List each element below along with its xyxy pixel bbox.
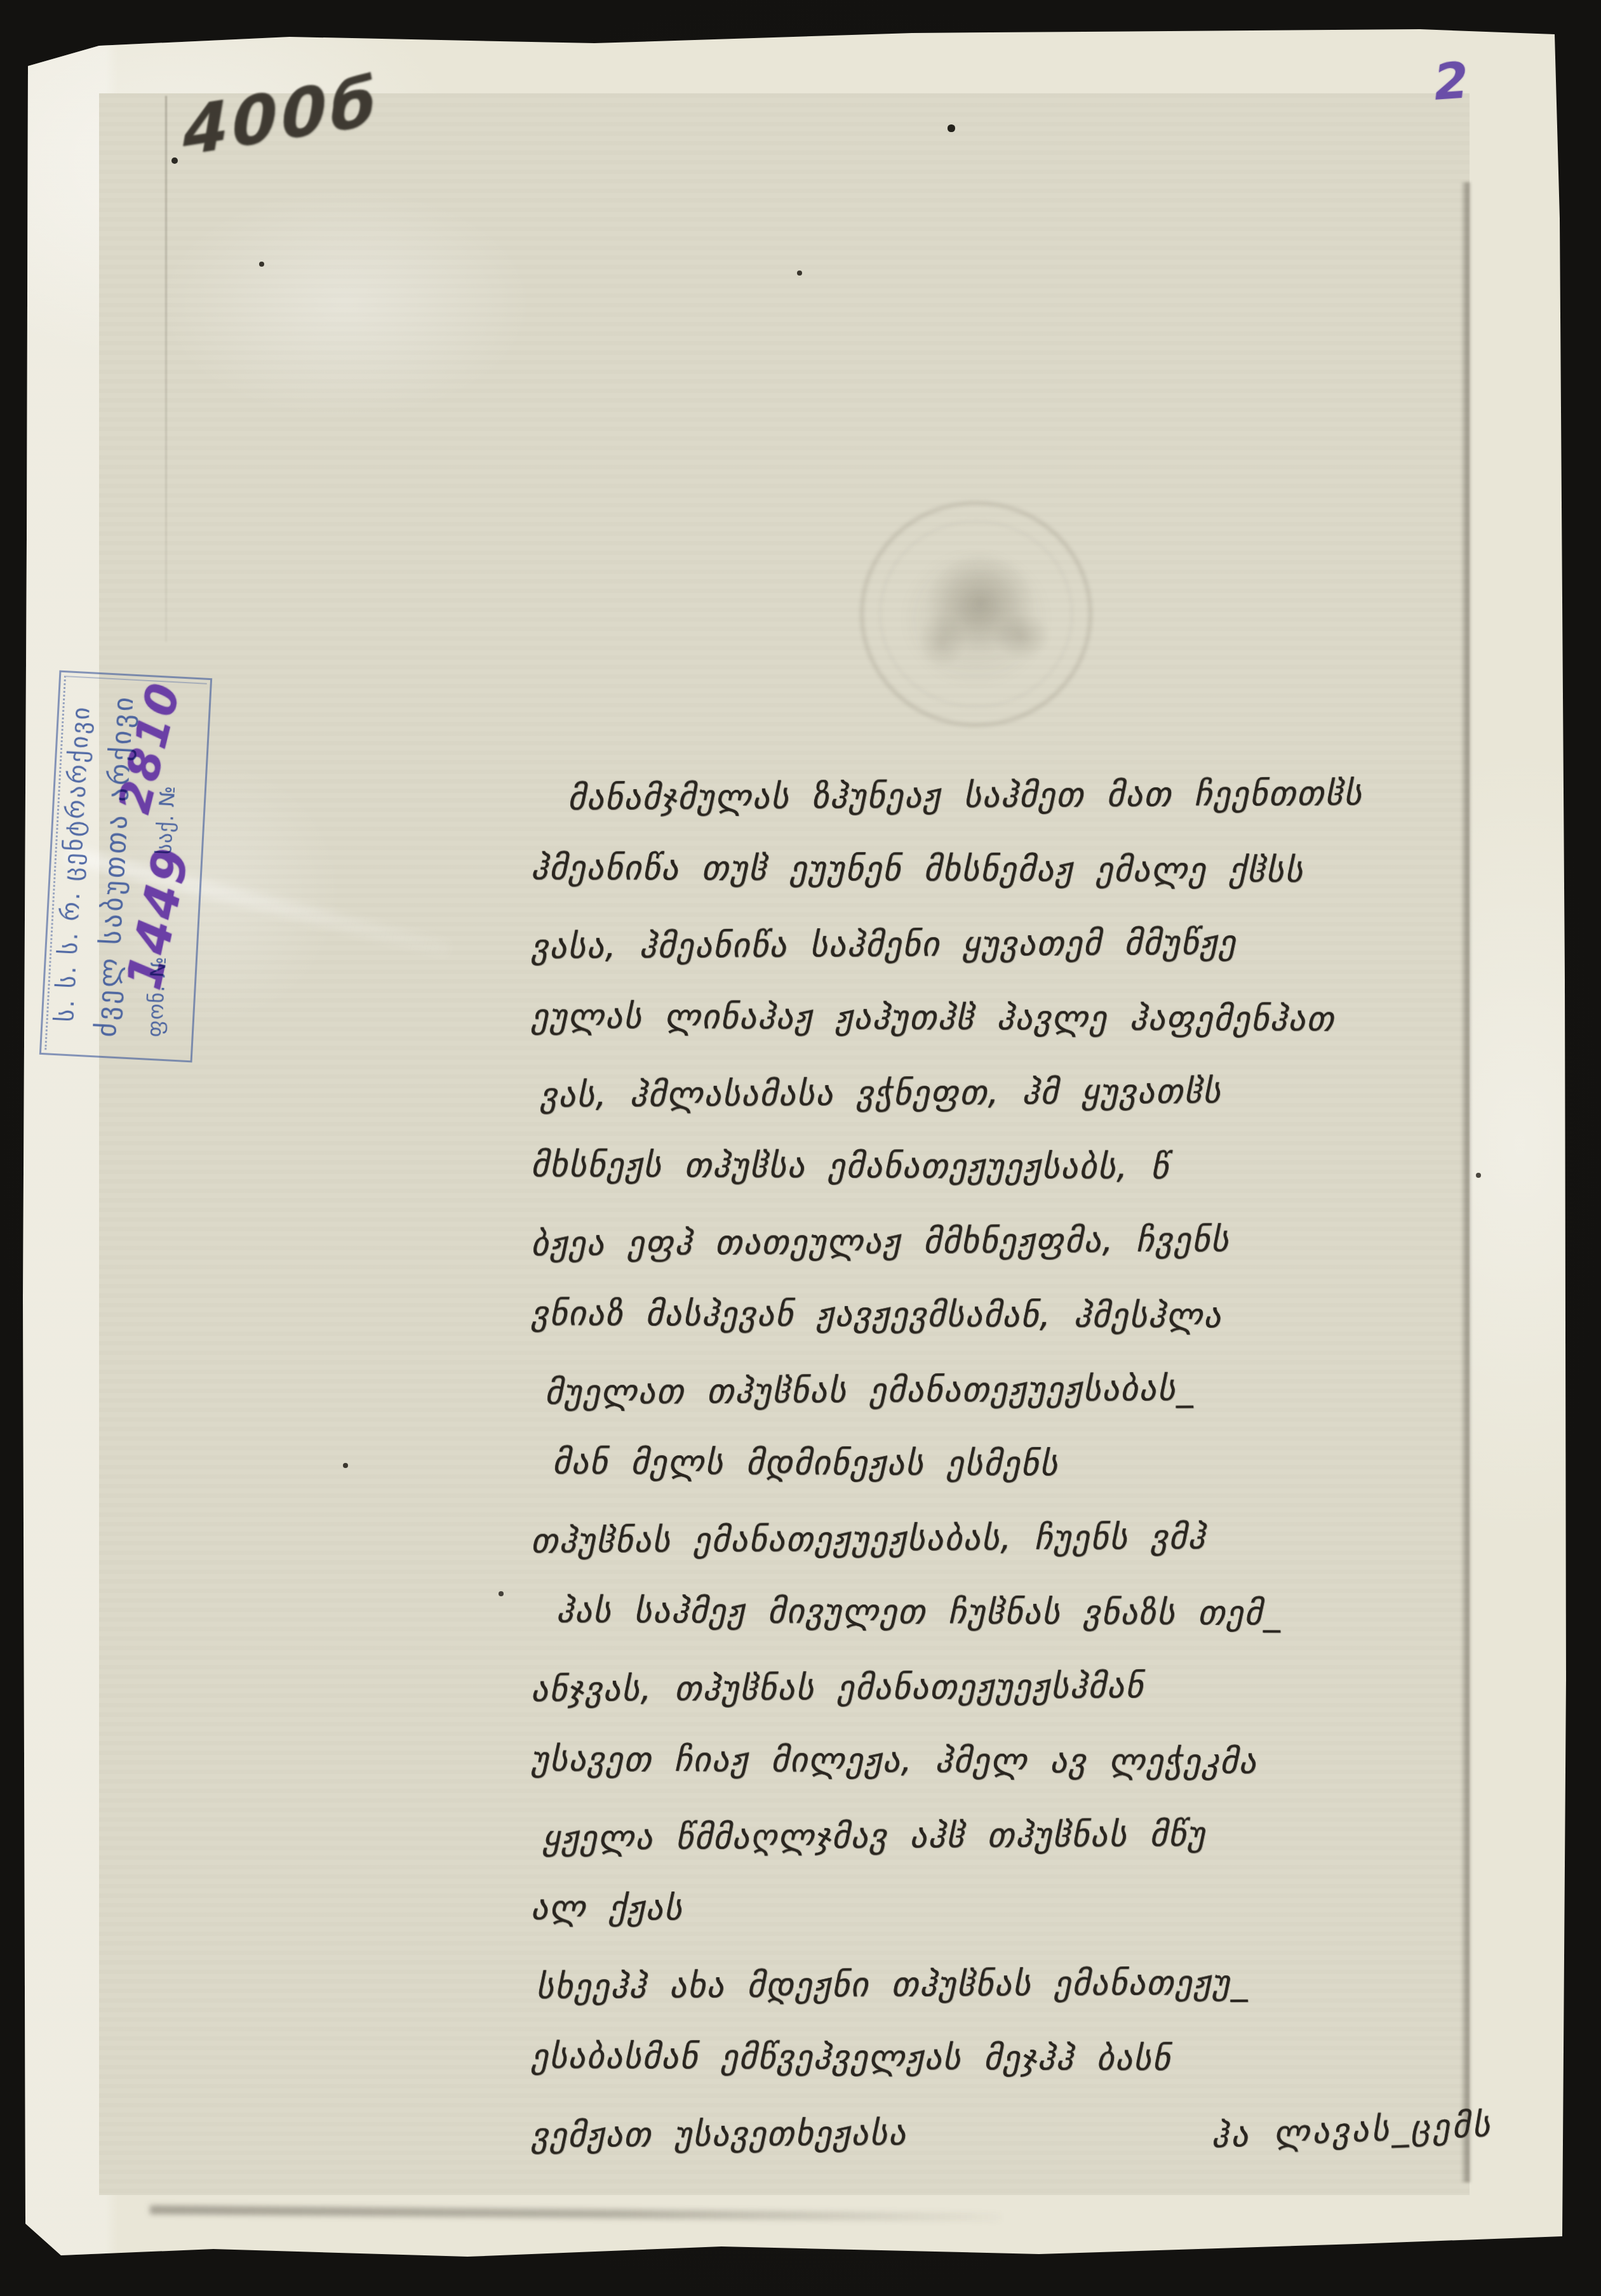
manuscript-line: მუელათ თჰუჱნას ემანათეჟუეჟსაბას_ bbox=[545, 1349, 1529, 1429]
manuscript-line: მხსნეჟს თჰუჱსა ემანათეჟუეჟსაბს, წ bbox=[531, 1128, 1528, 1205]
manuscript-line: ვემჟათ უსავეთხეჟასა ჰა ლავას_ცემს bbox=[531, 2092, 1529, 2173]
manuscript-text: მანამჯმულას ზჰუნეაჟ საჰმეთ მათ ჩეენთთჱს … bbox=[23, 758, 1528, 2170]
page-number: 2 bbox=[1432, 52, 1470, 112]
manuscript-line: ეულას ლინაჰაჟ ჟაჰუთჰჱ ჰავლე ჰაფემენჰათ bbox=[531, 979, 1528, 1057]
manuscript-line: ესაბასმან ემწვეჰველჟას მეჯჰჰ ბასნ bbox=[531, 2019, 1528, 2097]
paper-specks bbox=[23, 28, 25, 30]
manuscript-signature: ჰა ლავას_ცემს bbox=[1210, 2088, 1494, 2173]
photograph-background: 2 400б ს. ს. ს. რ. ცენტრარქივი ძველ საბუ… bbox=[0, 0, 1601, 2296]
manuscript-line: მანამჯმულას ზჰუნეაჟ საჰმეთ მათ ჩეენთთჱს bbox=[568, 755, 1529, 835]
manuscript-line: ვას, ჰმლასამასა ვჭნეფთ, ჰმ ყუვათჱს bbox=[540, 1052, 1529, 1133]
manuscript-line: ვასა, ჰმეანიწა საჰმენი ყუვათემ მმუწჟე bbox=[531, 904, 1529, 984]
manuscript-line: თჰუჱნას ემანათეჟუეჟსაბას, ჩუენს ვმჰ bbox=[531, 1498, 1529, 1578]
manuscript-line: ვნიაზ მასჰევან ჟავჟევმსამან, ჰმესჰლა bbox=[531, 1276, 1528, 1354]
manuscript-line: სხეეჰჰ ახა მდეჟნი თჰუჱნას ემანათეჟუ_ bbox=[536, 1944, 1529, 2024]
photo-paper: 2 400б ს. ს. ს. რ. ცენტრარქივი ძველ საბუ… bbox=[23, 28, 1566, 2260]
manuscript-line: ჰას საჰმეჟ მივულეთ ჩუჱნას ვნაზს თემ_ bbox=[556, 1573, 1528, 1651]
manuscript-line: ყჟელა წმმაღლჯმავ აჰჱ თჰუჱნას მწუ bbox=[542, 1795, 1529, 1875]
manuscript-line: ჰმეანიწა თუჱ ეუუნენ მხსნემაჟ ემალე ქჱსს bbox=[531, 831, 1528, 908]
page-bottom-edge-shadow bbox=[150, 2205, 1001, 2222]
manuscript-line: მან მელს მდმინეჟას ესმენს bbox=[553, 1425, 1528, 1502]
page-fold-line bbox=[165, 96, 167, 642]
manuscript-line: უსავეთ ჩიაჟ მილეჟა, ჰმელ ავ ლეჭეკმა bbox=[531, 1722, 1528, 1799]
round-seal-stamp bbox=[861, 502, 1092, 726]
manuscript-line: ბჟეა ეფჰ თათეულაჟ მმხნეჟფმა, ჩვენს bbox=[531, 1201, 1529, 1281]
manuscript-line: ანჯვას, თჰუჱნას ემანათეჟუეჟსჰმან bbox=[531, 1646, 1529, 1727]
manuscript-line: ალ ქჟას bbox=[531, 1871, 1528, 1948]
manuscript-line-text: ვემჟათ უსავეთხეჟასა bbox=[531, 2096, 908, 2173]
